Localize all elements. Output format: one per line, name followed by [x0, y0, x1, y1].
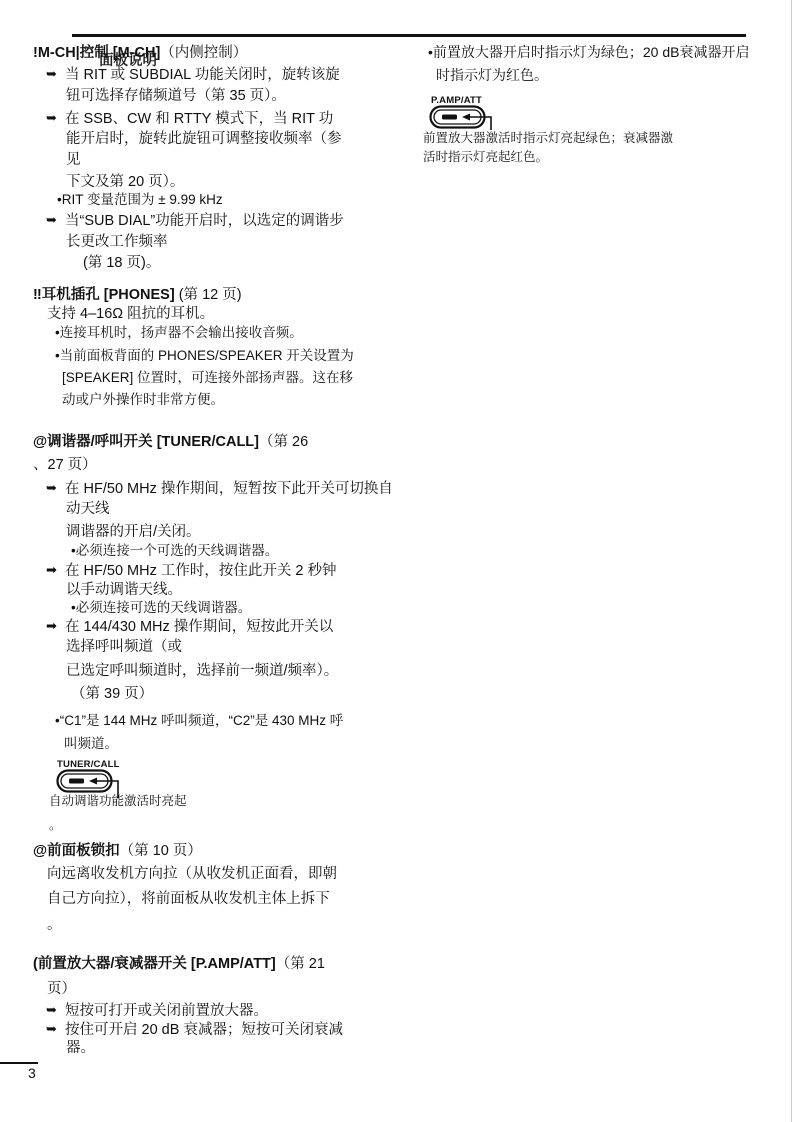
- bullet-text-continuation: 能开启时，旋转此旋钮可调整接收频率（参: [66, 131, 342, 148]
- bullet-text-continuation: 下文及第 20 页）。: [66, 174, 184, 191]
- bullet-text: 当 RIT 或 SUBDIAL 功能关闭时，旋转该旋: [65, 67, 340, 83]
- note-line: •“C1”是 144 MHz 呼叫频道，“C2”是 430 MHz 呼: [55, 713, 343, 729]
- bullet-text: 当“SUB DIAL”功能开启时，以选定的调谐步: [65, 213, 344, 229]
- bullet-line: ➥在 HF/50 MHz 操作期间，短暂按下此开关可切换自: [46, 480, 393, 498]
- section-heading-pamp-att: (前置放大器/衰减器开关 [P.AMP/ATT]（第 21: [33, 956, 325, 973]
- bullet-text-continuation: 钮可选择存储频道号（第 35 页）。: [66, 88, 286, 105]
- note-line: •连接耳机时，扬声器不会输出接收音频。: [55, 325, 303, 341]
- bullet-line: ➥短按可打开或关闭前置放大器。: [46, 1002, 268, 1020]
- bullet-text-continuation: 以手动调谐天线。: [66, 582, 182, 599]
- heading-paren-text: (第 12 页): [175, 287, 242, 303]
- bullet-line: ➥在 SSB、CW 和 RTTY 模式下，当 RIT 功: [46, 110, 333, 128]
- heading-paren-text: （第 10 页）: [120, 843, 202, 859]
- bullet-line: ➥当 RIT 或 SUBDIAL 功能关闭时，旋转该旋: [46, 66, 340, 84]
- footer-rule: [0, 1062, 38, 1064]
- page-number: 3: [28, 1065, 36, 1082]
- bullet-text: 在 HF/50 MHz 工作时，按住此开关 2 秒钟: [65, 563, 337, 579]
- curved-arrow-icon: ➥: [46, 1002, 65, 1018]
- curved-arrow-icon: ➥: [46, 1021, 65, 1037]
- body-line: 。: [47, 917, 62, 934]
- note-line-continuation: 叫频道。: [64, 736, 118, 752]
- bullet-text: 短按可打开或关闭前置放大器。: [65, 1003, 268, 1019]
- top-rule: [72, 34, 746, 37]
- section-heading-front-panel-latch: @前面板锁扣（第 10 页）: [33, 843, 202, 860]
- bullet-text: 在 HF/50 MHz 操作期间，短暂按下此开关可切换自: [65, 481, 393, 497]
- heading-paren-text: （内侧控制）: [160, 45, 247, 61]
- bullet-text-continuation: 已选定呼叫频道时，选择前一频道/频率）。: [66, 663, 338, 680]
- note-line: •前置放大器开启时指示灯为绿色；20 dB衰减器开启: [428, 44, 750, 61]
- page-right-edge: [791, 0, 792, 1122]
- section-heading-phones: ‼耳机插孔 [PHONES] (第 12 页): [33, 287, 242, 304]
- heading-paren-text: （第 26: [259, 434, 308, 450]
- bullet-line: ➥当“SUB DIAL”功能开启时，以选定的调谐步: [46, 212, 344, 230]
- bullet-line: ➡在 144/430 MHz 操作期间，短按此开关以: [46, 618, 333, 636]
- bullet-line: ➡在 HF/50 MHz 工作时，按住此开关 2 秒钟: [46, 562, 337, 580]
- note-line: •必须连接一个可选的天线调谐器。: [71, 543, 278, 559]
- section-heading-tuner-call: @调谐器/呼叫开关 [TUNER/CALL]（第 26: [33, 434, 308, 451]
- body-line: 向远离收发机方向拉（从收发机正面看，即朝: [47, 866, 337, 883]
- manual-page: !M-CH|控制 [M-CH]（内侧控制） 面板说明 ➥当 RIT 或 SUBD…: [0, 0, 793, 1122]
- indicator-arrow-icon: [462, 114, 470, 121]
- heading-paren-text: （第 21: [276, 956, 325, 972]
- curved-arrow-icon: ➥: [46, 110, 65, 126]
- curved-arrow-icon: ➥: [46, 66, 65, 82]
- bullet-text-continuation: 器。: [66, 1040, 95, 1057]
- note-line-continuation: 时指示灯为红色。: [436, 67, 548, 84]
- bullet-text-continuation: 选择呼叫频道（或: [66, 639, 182, 656]
- switch-button-illustration: [429, 105, 504, 131]
- bullet-text-continuation: 长更改工作频率: [66, 234, 168, 251]
- curved-arrow-icon: ➥: [46, 480, 65, 496]
- bullet-text-continuation: 动天线: [66, 501, 110, 518]
- note-line: •必须连接可选的天线调谐器。: [71, 600, 251, 616]
- heading-bold-text: ‼耳机插孔 [PHONES]: [33, 287, 175, 303]
- body-line: 支持 4–16Ω 阻抗的耳机。: [47, 306, 214, 323]
- illustration-caption: 自动调谐功能激活时亮起: [49, 794, 187, 809]
- heading-continuation: 、27 页）: [33, 457, 97, 474]
- bullet-text: 在 SSB、CW 和 RTTY 模式下，当 RIT 功: [65, 111, 333, 127]
- note-line: •当前面板背面的 PHONES/SPEAKER 开关设置为: [55, 348, 354, 364]
- heading-bold-text: @前面板锁扣: [33, 843, 120, 859]
- note-line: •RIT 变量范围为 ± 9.99 kHz: [57, 192, 223, 208]
- body-line: 自己方向拉），将前面板从收发机主体上拆下: [47, 891, 330, 908]
- heading-continuation: 页）: [47, 981, 76, 998]
- bullet-text-continuation: 调谐器的开启/关闭。: [66, 524, 201, 541]
- illustration-caption-continuation: 。: [49, 818, 62, 833]
- straight-arrow-icon: ➡: [46, 618, 65, 634]
- bullet-line: ➥按住可开启 20 dB 衰减器；短按可关闭衰减: [46, 1021, 343, 1039]
- illustration-caption-continuation: 活时指示灯亮起红色。: [423, 150, 548, 165]
- note-line-continuation: 动或户外操作时非常方便。: [62, 392, 224, 408]
- straight-arrow-icon: ➡: [46, 562, 65, 578]
- heading-bold-text: (前置放大器/衰减器开关 [P.AMP/ATT]: [33, 956, 276, 972]
- bullet-text-continuation: （第 39 页）: [71, 686, 153, 703]
- bullet-text: 在 144/430 MHz 操作期间，短按此开关以: [65, 619, 333, 635]
- bullet-text-continuation: 见: [66, 152, 81, 169]
- indicator-arrow-icon: [89, 778, 97, 785]
- heading-bold-text: @调谐器/呼叫开关 [TUNER/CALL]: [33, 434, 259, 450]
- note-line-continuation: [SPEAKER] 位置时，可连接外部扬声器。这在移: [62, 370, 353, 386]
- curved-arrow-icon: ➥: [46, 212, 65, 228]
- bullet-text: 按住可开启 20 dB 衰减器；短按可关闭衰减: [65, 1022, 343, 1038]
- bullet-text-continuation: (第 18 页)。: [83, 255, 160, 272]
- illustration-caption: 前置放大器激活时指示灯亮起绿色；衰减器激: [423, 131, 673, 146]
